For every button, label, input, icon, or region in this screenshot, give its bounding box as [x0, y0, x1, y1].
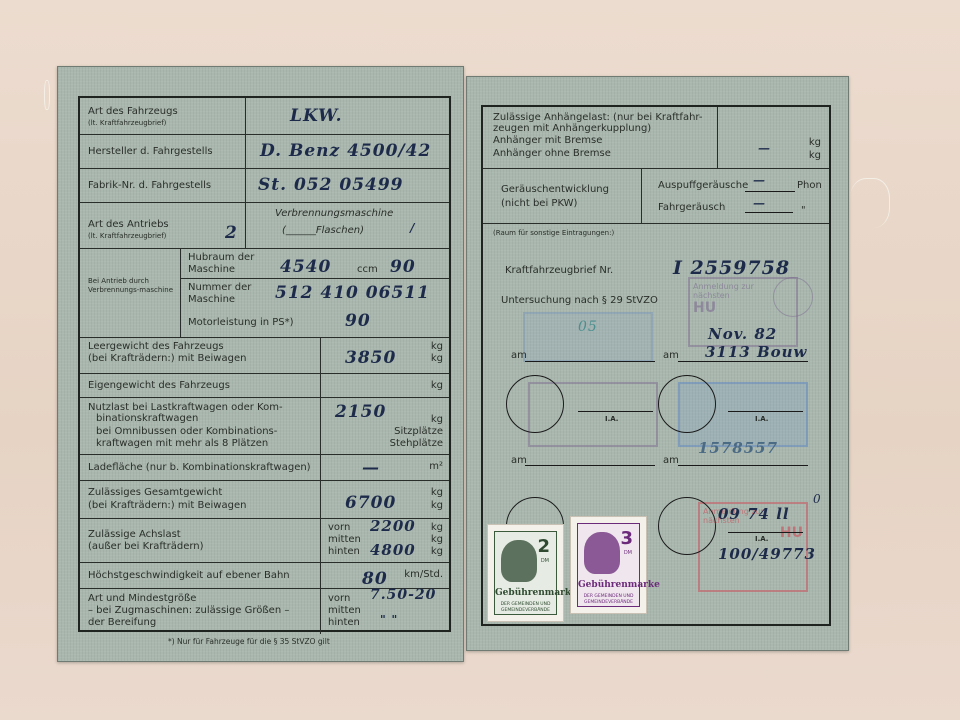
row-own-weight: Eigengewicht des Fahrzeugs kg — [80, 374, 449, 398]
label-2: – bei Zugmaschinen: zulässige Größen – — [88, 605, 289, 617]
rear-value: " " — [380, 613, 398, 626]
fee-stamp-3dm: 3 DM Gebührenmarke DER GEMEINDEN UND GEM… — [571, 517, 646, 613]
label: Hersteller d. Fahrgestells — [88, 146, 213, 158]
unit: kg — [431, 414, 443, 426]
divider — [180, 249, 181, 337]
handwritten-code-2: 1578557 — [698, 439, 778, 457]
left-page: Art des Fahrzeugs (lt. Kraftfahrzeugbrie… — [57, 66, 464, 662]
front-label: vorn — [328, 593, 350, 605]
row-vehicle-type: Art des Fahrzeugs (lt. Kraftfahrzeugbrie… — [80, 98, 449, 135]
right-page: Zulässige Anhängelast: (nur bei Kraftfah… — [466, 76, 849, 651]
handwritten-value: LKW. — [290, 106, 343, 126]
loose-thread-left — [44, 80, 50, 110]
front-value: 2200 — [370, 517, 416, 535]
sublabel: (lt. Kraftfahrzeugbrief) — [88, 232, 166, 241]
other-entries-label: (Raum für sonstige Eintragungen:) — [493, 229, 614, 238]
fee-stamp-2dm: 2 DM Gebührenmarke DER GEMEINDEN UND GEM… — [488, 525, 563, 621]
handwritten-value: 6700 — [345, 493, 396, 513]
signature-line[interactable] — [728, 411, 803, 412]
brief-number: I 2559758 — [673, 257, 790, 279]
stamp-value: 2 — [537, 536, 550, 557]
handwritten-value: — — [362, 458, 380, 478]
row-chassis-number: Fabrik-Nr. d. Fahrgestells St. 052 05499 — [80, 169, 449, 203]
inspection-label: Untersuchung nach § 29 StVZO — [501, 295, 658, 307]
engine-number-value: 512 410 06511 — [275, 283, 430, 303]
date-line[interactable] — [678, 465, 808, 466]
unit: kg — [431, 534, 443, 546]
divider — [717, 107, 718, 168]
label: Art des Antriebs — [88, 219, 169, 231]
driving-label: Fahrgeräusch — [658, 202, 725, 214]
exhaust-value: — — [753, 173, 766, 187]
label-2: (außer bei Krafträdern) — [88, 541, 204, 553]
stamp-subtitle: DER GEMEINDEN UND GEMEINDEVERBÄNDE — [578, 594, 639, 606]
label-3: der Bereifung — [88, 617, 156, 629]
handwritten-value: — — [758, 141, 771, 155]
row-noise: Geräuschentwicklung (nicht bei PKW) Ausp… — [483, 169, 829, 224]
row-tires: Art und Mindestgröße – bei Zugmaschinen:… — [80, 589, 449, 634]
handwritten-value: 2150 — [335, 402, 386, 422]
without-brake-label: Anhänger ohne Bremse — [493, 148, 611, 160]
label: Leergewicht des Fahrzeugs — [88, 341, 224, 353]
portrait-icon — [501, 540, 537, 582]
printed-option-2: (______Flaschen) — [282, 225, 364, 237]
rear-value: 4800 — [370, 541, 416, 559]
driving-value: — — [753, 196, 766, 210]
unit: m² — [429, 461, 443, 473]
signature-line[interactable] — [728, 532, 803, 533]
label: Art des Fahrzeugs — [88, 106, 178, 118]
footnote: *) Nur für Fahrzeuge für die § 35 StVZO … — [168, 637, 330, 646]
stamp-hu: HU — [703, 525, 803, 541]
printed-option: Verbrennungsmaschine — [275, 208, 393, 220]
date-line[interactable] — [525, 361, 655, 362]
label-2: (bei Krafträdern:) mit Beiwagen — [88, 353, 246, 365]
rear-label: hinten — [328, 546, 360, 558]
front-value: 7.50-20 — [370, 587, 436, 603]
loose-thread-right — [850, 178, 890, 228]
label-3: bei Omnibussen oder Kombinations- — [96, 426, 277, 438]
power-label: Motorleistung in PS*) — [188, 317, 294, 329]
label: Höchstgeschwindigkeit auf ebener Bahn — [88, 570, 290, 582]
divider — [641, 169, 642, 223]
row-trailer-load: Zulässige Anhängelast: (nur bei Kraftfah… — [483, 107, 829, 169]
rear-label: hinten — [328, 617, 360, 629]
date-label: am — [663, 350, 679, 362]
engine-number-label: Nummer der Maschine — [188, 282, 258, 306]
unit: kg — [431, 341, 443, 353]
handwritten-value: St. 052 05499 — [258, 175, 404, 195]
middle-label: mitten — [328, 534, 361, 546]
signature-line[interactable] — [578, 411, 653, 412]
handwritten-value: 2 — [225, 223, 238, 243]
displacement-extra: 90 — [390, 257, 416, 277]
unit-2: kg — [431, 353, 443, 365]
label-2: binationskraftwagen — [96, 413, 198, 425]
divider — [180, 278, 449, 279]
displacement-value: 4540 — [280, 257, 331, 277]
label-2: (bei Krafträdern:) mit Beiwagen — [88, 500, 246, 512]
unit-3: Stehplätze — [390, 438, 443, 450]
driving-line — [745, 212, 793, 213]
row-gross-weight: Zulässiges Gesamtgewicht (bei Krafträder… — [80, 481, 449, 519]
unit: kg — [431, 546, 443, 558]
unit-2: Sitzplätze — [394, 426, 443, 438]
handwritten-mark: / — [410, 221, 415, 235]
handwritten-code-1: 3113 Bouw — [705, 343, 807, 361]
date-line[interactable] — [525, 465, 655, 466]
date-line[interactable] — [678, 361, 808, 362]
front-label: vorn — [328, 522, 350, 534]
middle-label: mitten — [328, 605, 361, 617]
left-form-table: Art des Fahrzeugs (lt. Kraftfahrzeugbrie… — [78, 96, 451, 632]
label: Bei Antrieb durch Verbrennungs-maschine — [88, 277, 178, 295]
label: Ladefläche (nur b. Kombinationskraftwage… — [88, 462, 311, 474]
seal-circle — [658, 497, 716, 555]
stamp-currency: DM — [624, 550, 632, 556]
ia-label: I.A. — [605, 415, 618, 423]
handwritten-code-3: 09 74 ll — [718, 505, 790, 523]
unit: km/Std. — [404, 569, 443, 581]
round-stamp — [773, 277, 813, 317]
row-empty-weight: Leergewicht des Fahrzeugs (bei Krafträde… — [80, 338, 449, 374]
brief-label: Kraftfahrzeugbrief Nr. — [505, 265, 613, 277]
driving-unit: " — [801, 205, 806, 217]
unit: kg — [431, 522, 443, 534]
inspection-mark: 05 — [578, 319, 598, 335]
exhaust-unit: Phon — [797, 180, 822, 192]
unit: kg — [809, 137, 821, 149]
label-2: zeugen mit Anhängerkupplung) — [493, 123, 651, 135]
right-form-table: Zulässige Anhängelast: (nur bei Kraftfah… — [481, 105, 831, 626]
power-value: 90 — [345, 311, 371, 331]
engine-group: Bei Antrieb durch Verbrennungs-maschine … — [80, 249, 449, 338]
label: Zulässige Achslast — [88, 529, 181, 541]
handwritten-zero: 0 — [813, 492, 822, 506]
stamp-value: 3 — [620, 528, 633, 549]
label-4: kraftwagen mit mehr als 8 Plätzen — [96, 438, 268, 450]
handwritten-nov: Nov. 82 — [708, 325, 777, 343]
handwritten-value: 80 — [362, 569, 388, 589]
row-max-speed: Höchstgeschwindigkeit auf ebener Bahn 80… — [80, 563, 449, 589]
unit: kg — [431, 380, 443, 392]
stamp-title: Gebührenmarke — [495, 588, 556, 598]
with-brake-label: Anhänger mit Bremse — [493, 135, 602, 147]
handwritten-code-4: 100/49773 — [718, 545, 816, 563]
handwritten-value: D. Benz 4500/42 — [260, 141, 431, 161]
seal-circle — [506, 375, 564, 433]
unit: kg — [809, 150, 821, 162]
label: Art und Mindestgröße — [88, 593, 196, 605]
stamp-title: Gebührenmarke — [578, 580, 639, 590]
label: Fabrik-Nr. d. Fahrgestells — [88, 180, 211, 192]
row-payload: Nutzlast bei Lastkraftwagen oder Kom- bi… — [80, 398, 449, 455]
stamp-subtitle: DER GEMEINDEN UND GEMEINDEVERBÄNDE — [495, 602, 556, 614]
label: Zulässiges Gesamtgewicht — [88, 487, 222, 499]
ia-label: I.A. — [755, 535, 768, 543]
displacement-label: Hubraum der Maschine — [188, 252, 258, 276]
ia-label: I.A. — [755, 415, 768, 423]
row-chassis-maker: Hersteller d. Fahrgestells D. Benz 4500/… — [80, 135, 449, 169]
sublabel: (lt. Kraftfahrzeugbrief) — [88, 119, 166, 128]
handwritten-value: 3850 — [345, 348, 396, 368]
unit: kg — [431, 487, 443, 499]
exhaust-line — [745, 191, 795, 192]
row-drive-type: Art des Antriebs (lt. Kraftfahrzeugbrief… — [80, 203, 449, 249]
portrait-icon — [584, 532, 620, 574]
label: Geräuschentwicklung — [501, 184, 609, 196]
row-axle-load: Zulässige Achslast (außer bei Krafträder… — [80, 519, 449, 563]
exhaust-label: Auspuffgeräusche — [658, 180, 748, 192]
date-label: am — [663, 455, 679, 467]
displacement-unit: ccm — [357, 264, 378, 276]
label-2: (nicht bei PKW) — [501, 198, 577, 210]
label: Eigengewicht des Fahrzeugs — [88, 380, 230, 392]
unit-2: kg — [431, 500, 443, 512]
row-load-area: Ladefläche (nur b. Kombinationskraftwage… — [80, 455, 449, 481]
seal-circle — [658, 375, 716, 433]
stamp-currency: DM — [541, 558, 549, 564]
